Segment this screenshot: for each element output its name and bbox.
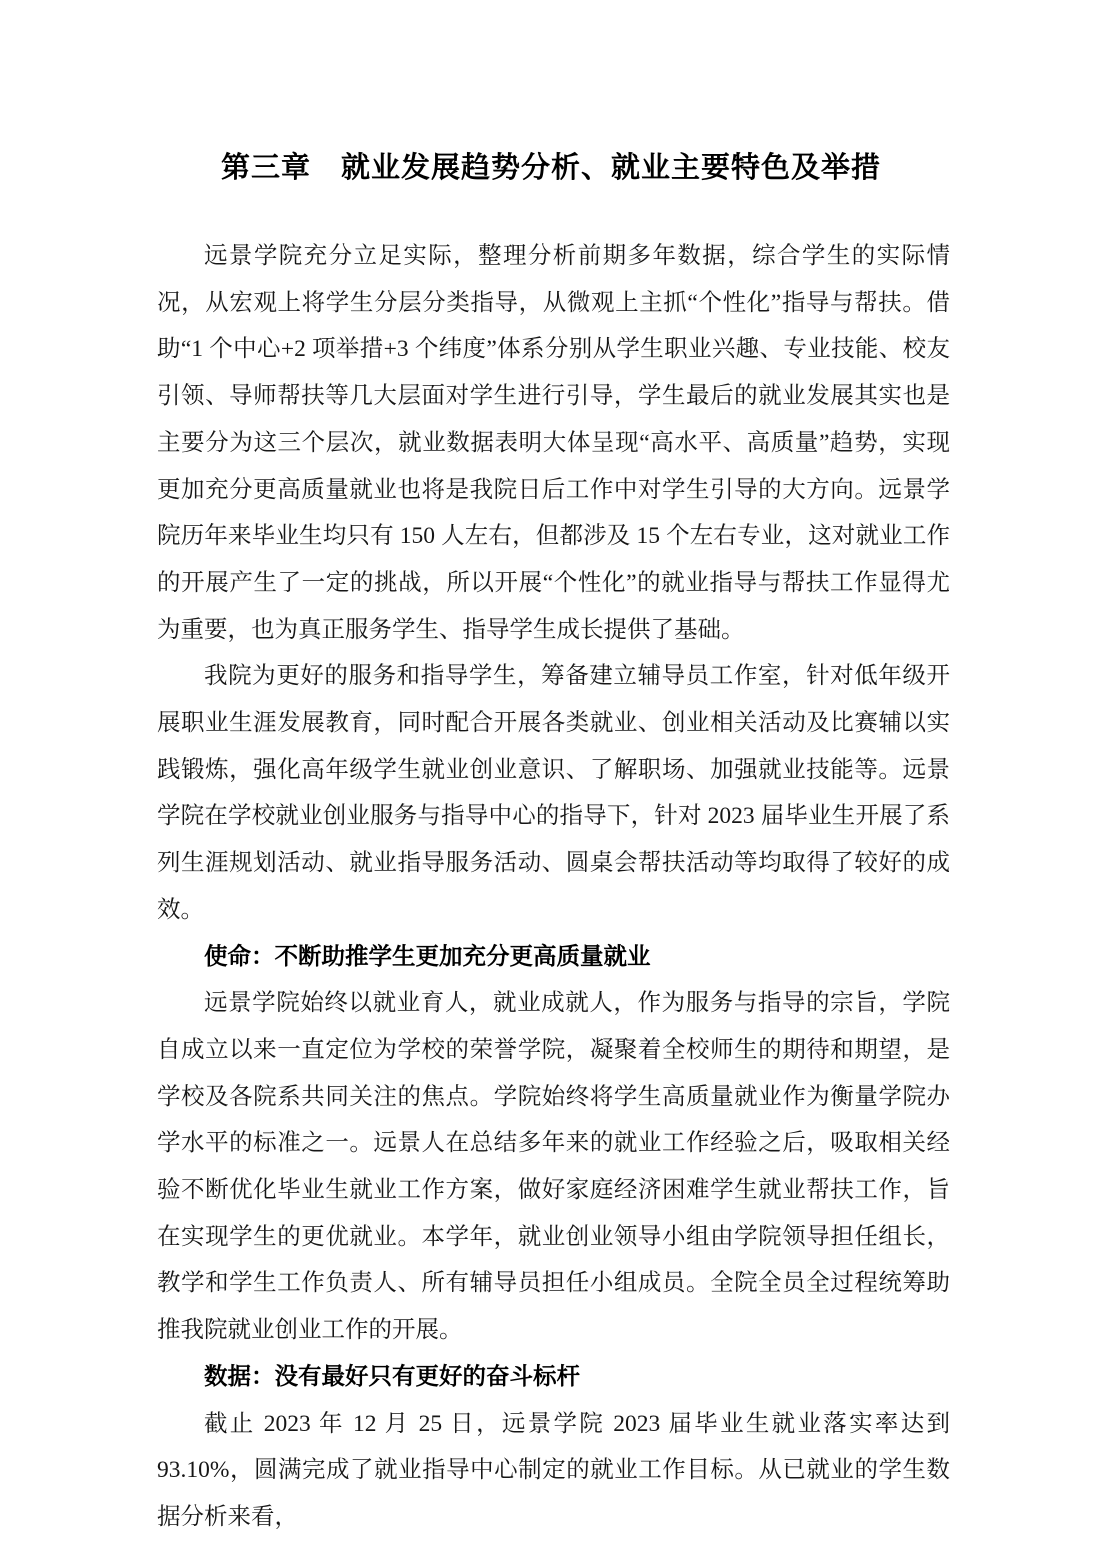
document-page: 第三章 就业发展趋势分析、就业主要特色及举措 远景学院充分立足实际，整理分析前期… [0,0,1102,1559]
paragraph-services: 我院为更好的服务和指导学生，筹备建立辅导员工作室，针对低年级开展职业生涯发展教育… [157,653,950,933]
page-title: 第三章 就业发展趋势分析、就业主要特色及举措 [0,147,1102,189]
paragraph-overview: 远景学院充分立足实际，整理分析前期多年数据，综合学生的实际情况，从宏观上将学生分… [157,233,950,653]
document-body: 远景学院充分立足实际，整理分析前期多年数据，综合学生的实际情况，从宏观上将学生分… [157,233,950,1541]
section-heading-mission: 使命：不断助推学生更加充分更高质量就业 [157,934,950,981]
section-heading-data: 数据：没有最好只有更好的奋斗标杆 [157,1354,950,1401]
paragraph-data-detail: 截止 2023 年 12 月 25 日，远景学院 2023 届毕业生就业落实率达… [157,1401,950,1541]
paragraph-mission-detail: 远景学院始终以就业育人，就业成就人，作为服务与指导的宗旨，学院自成立以来一直定位… [157,980,950,1354]
